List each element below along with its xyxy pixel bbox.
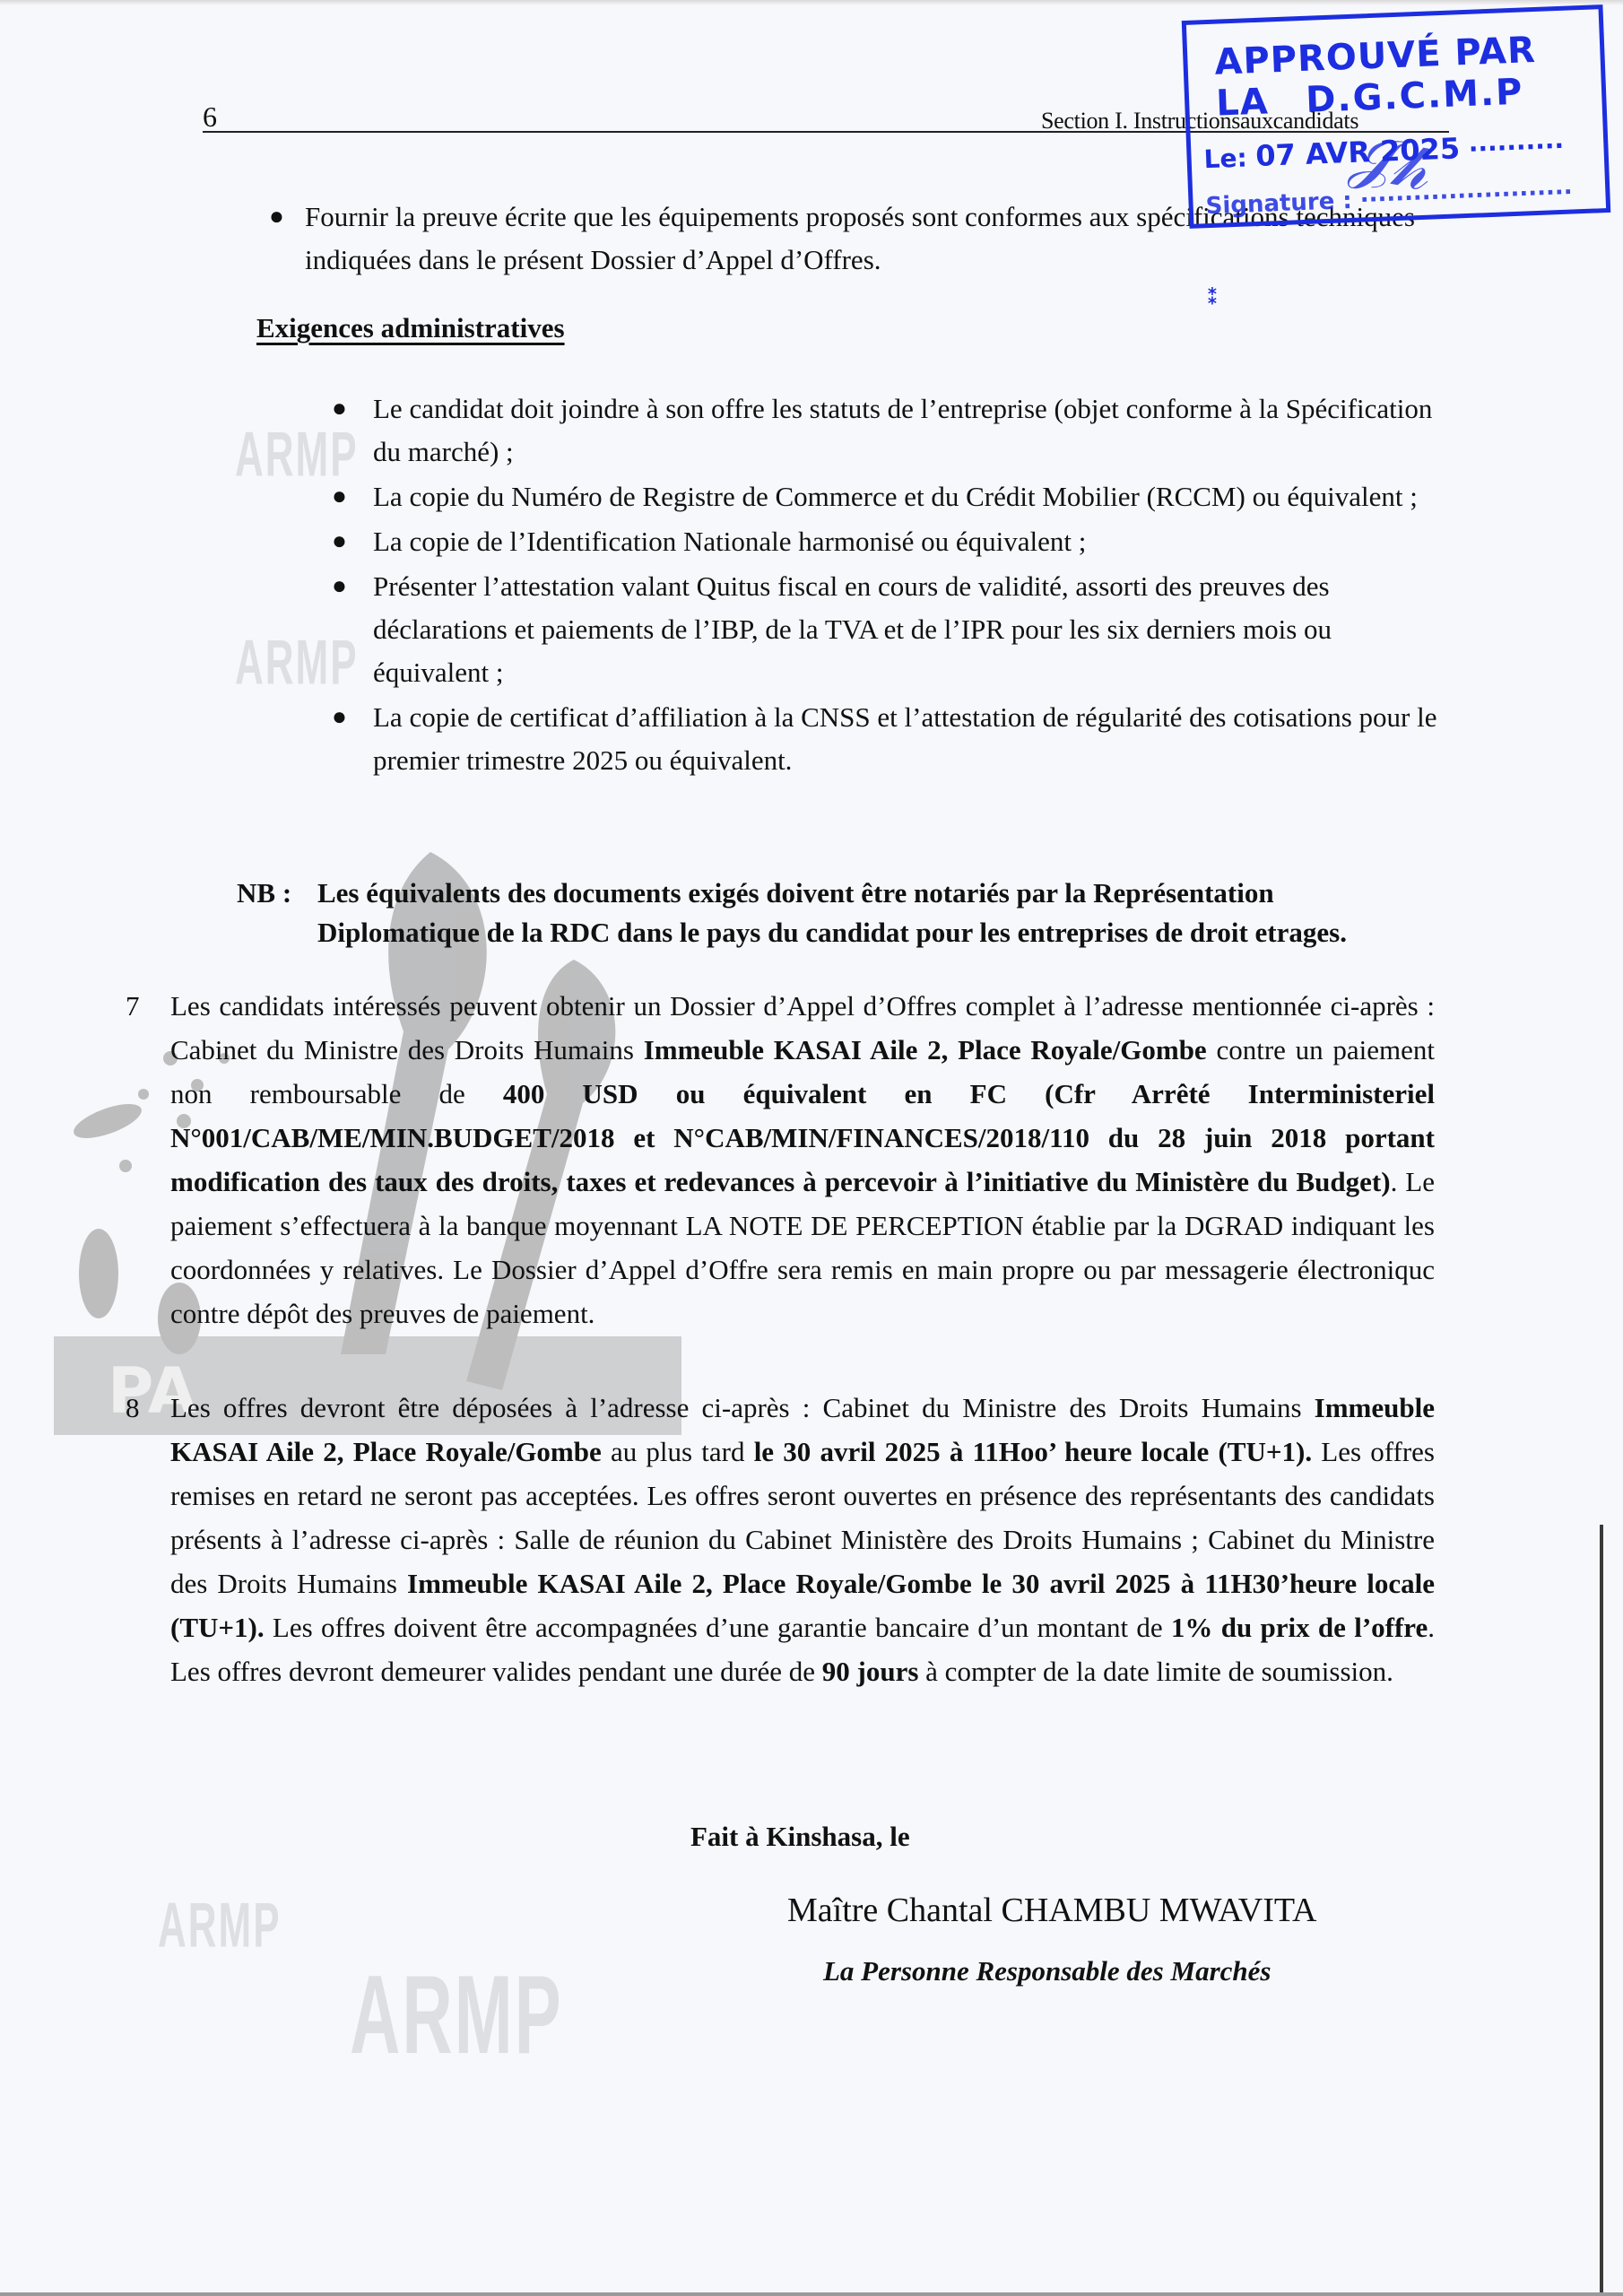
nb-text: Les équivalents des documents exigés doi…	[317, 874, 1438, 952]
bullet-icon: ●	[269, 196, 284, 239]
ink-mark: ⁑	[1207, 283, 1219, 310]
bullet-icon: ●	[332, 387, 347, 430]
list-item: ●Présenter l’attestation valant Quitus f…	[332, 565, 1444, 694]
clause-number: 8	[126, 1386, 140, 1430]
signatory-title: La Personne Responsable des Marchés	[823, 1955, 1271, 1987]
nb-label: NB :	[237, 874, 291, 913]
approval-stamp: APPROUVÉ PAR LA D.G.C.M.P Le: 07 AVR 202…	[1182, 4, 1611, 229]
list-item: ●La copie de certificat d’affiliation à …	[332, 696, 1444, 782]
list-item: ●La copie de l’Identification Nationale …	[332, 520, 1444, 563]
clause-7: 7 Les candidats intéressés peuvent obten…	[170, 984, 1435, 1335]
clause-8: 8 Les offres devront être déposées à l’a…	[170, 1386, 1435, 1693]
bullet-icon: ●	[332, 565, 347, 608]
clause-number: 7	[126, 984, 140, 1028]
bullet-icon: ●	[332, 475, 347, 518]
bullet-icon: ●	[332, 696, 347, 739]
armp-watermark: ARMP	[350, 1950, 563, 2081]
list-item: ●La copie du Numéro de Registre de Comme…	[332, 475, 1444, 518]
stamp-line2: D.G.C.M.P	[1305, 72, 1524, 121]
scan-bottom-edge	[0, 2292, 1623, 2296]
bullet-icon: ●	[332, 520, 347, 563]
section-heading: Exigences administratives	[256, 312, 565, 344]
scan-top-edge	[0, 0, 1623, 5]
signatory-name: Maître Chantal CHAMBU MWAVITA	[787, 1891, 1316, 1930]
scan-page-edge	[1600, 1525, 1603, 2296]
armp-watermark: ARMP	[158, 1891, 282, 1962]
list-item: ●Le candidat doit joindre à son offre le…	[332, 387, 1444, 474]
page-number: 6	[203, 100, 217, 134]
signature-place: Fait à Kinshasa, le	[690, 1821, 910, 1853]
requirements-list: ●Le candidat doit joindre à son offre le…	[332, 387, 1444, 784]
nb-note: NB : Les équivalents des documents exigé…	[237, 874, 1438, 952]
